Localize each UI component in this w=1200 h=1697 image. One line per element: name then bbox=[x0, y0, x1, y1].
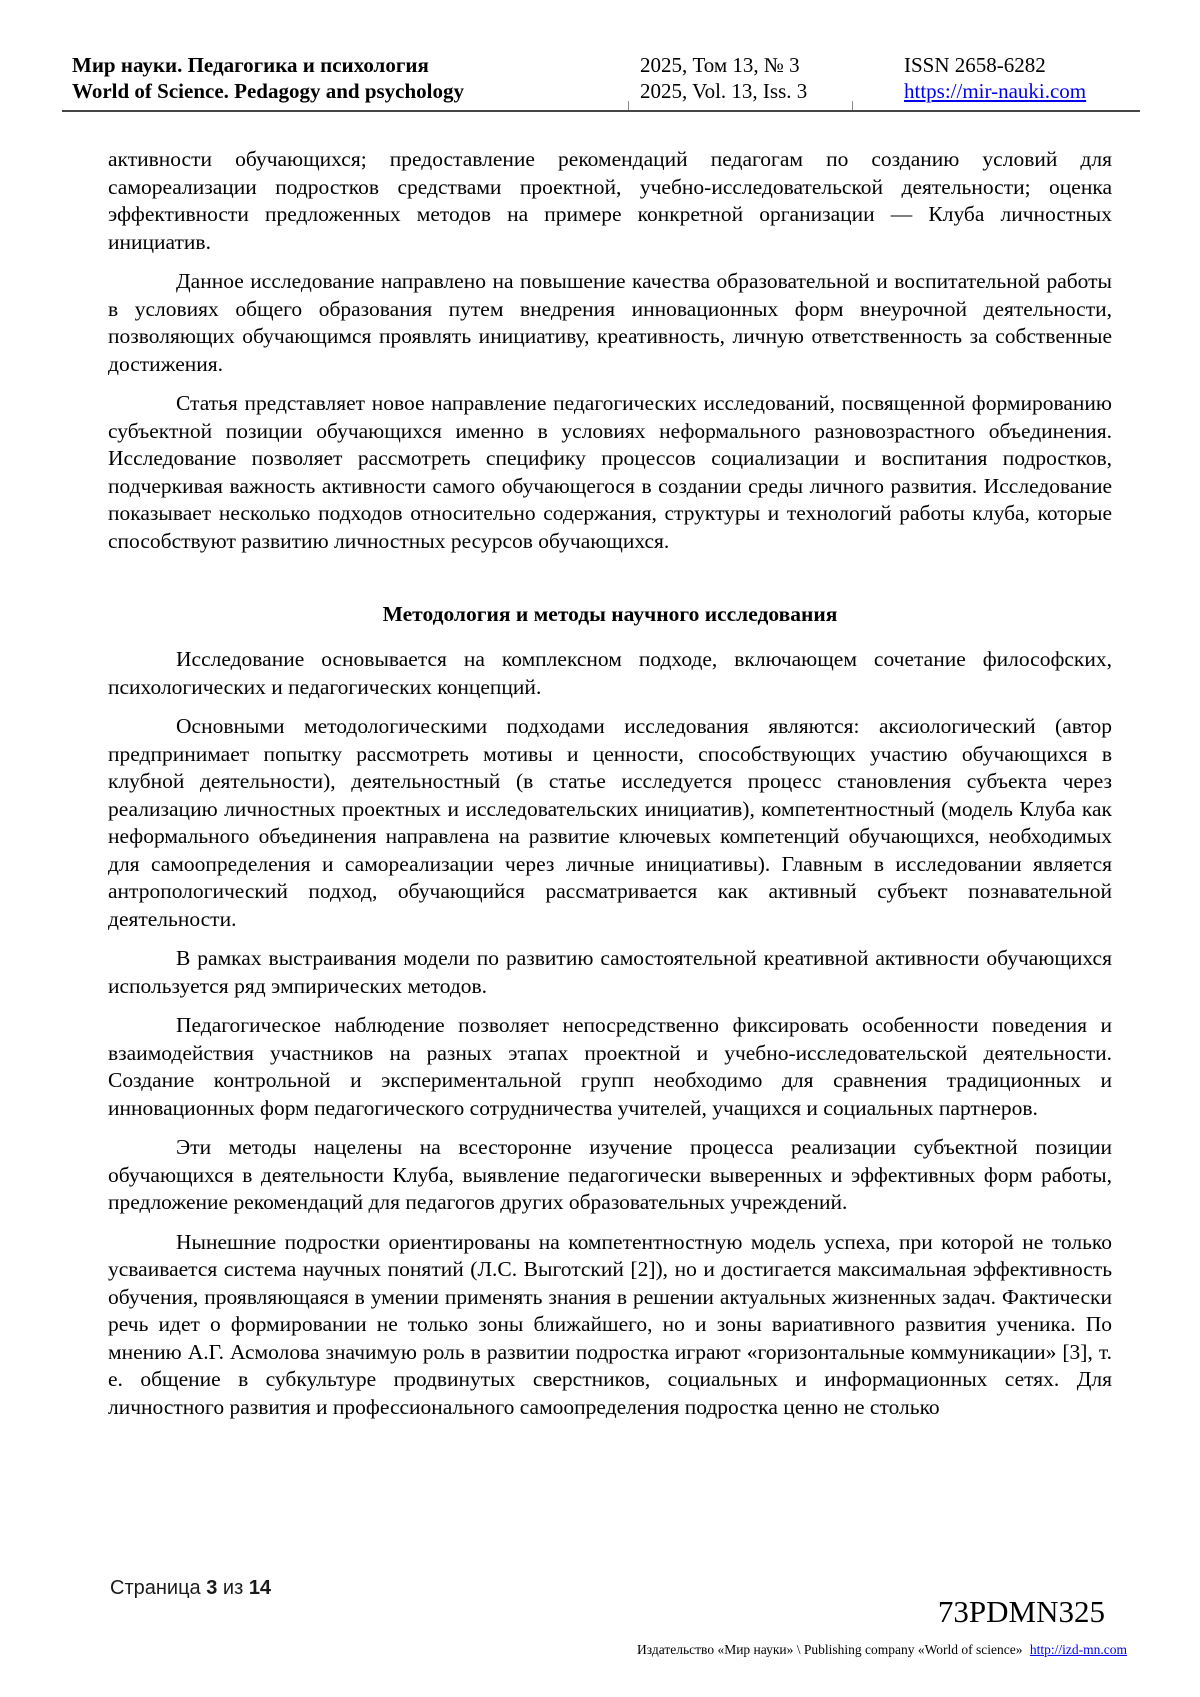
paragraph: Данное исследование направлено на повыше… bbox=[108, 268, 1112, 378]
page-total: 14 bbox=[249, 1577, 271, 1599]
issue-en: 2025, Vol. 13, Iss. 3 bbox=[640, 78, 852, 104]
paragraph: В рамках выстраивания модели по развитию… bbox=[108, 945, 1112, 1000]
journal-title-en: World of Science. Pedagogy and psycholog… bbox=[72, 78, 628, 104]
page-word: Страница bbox=[110, 1577, 201, 1599]
paragraph: активности обучающихся; предоставление р… bbox=[108, 146, 1112, 256]
page-current: 3 bbox=[206, 1577, 217, 1599]
journal-title-ru: Мир науки. Педагогика и психология bbox=[72, 52, 628, 78]
of-word: из bbox=[223, 1577, 243, 1599]
page-counter: Страница 3 из 14 bbox=[110, 1576, 271, 1600]
document-page: Мир науки. Педагогика и психология World… bbox=[0, 0, 1200, 1697]
publisher-site-link[interactable]: http://izd-mn.com bbox=[1030, 1642, 1127, 1657]
issue-info: 2025, Том 13, № 3 2025, Vol. 13, Iss. 3 bbox=[628, 52, 852, 104]
issue-ru: 2025, Том 13, № 3 bbox=[640, 52, 852, 78]
journal-header: Мир науки. Педагогика и психология World… bbox=[62, 50, 1140, 112]
paragraph: Основными методологическими подходами ис… bbox=[108, 713, 1112, 933]
paragraph: Эти методы нацелены на всесторонне изуче… bbox=[108, 1134, 1112, 1217]
paragraph: Статья представляет новое направление пе… bbox=[108, 390, 1112, 555]
article-code: 73PDMN325 bbox=[938, 1594, 1105, 1630]
journal-titles: Мир науки. Педагогика и психология World… bbox=[62, 52, 628, 104]
paragraph: Нынешние подростки ориентированы на комп… bbox=[108, 1229, 1112, 1422]
paragraph: Педагогическое наблюдение позволяет непо… bbox=[108, 1012, 1112, 1122]
article-body: активности обучающихся; предоставление р… bbox=[108, 146, 1112, 1433]
journal-site-link[interactable]: https://mir-nauki.com bbox=[904, 79, 1086, 103]
paragraph: Исследование основывается на комплексном… bbox=[108, 646, 1112, 701]
header-column-divider bbox=[628, 101, 629, 110]
publisher-line: Издательство «Мир науки» \ Publishing co… bbox=[637, 1641, 1127, 1658]
publisher-text: Издательство «Мир науки» \ Publishing co… bbox=[637, 1642, 1022, 1657]
header-column-divider bbox=[852, 101, 853, 110]
issn-block: ISSN 2658-6282 https://mir-nauki.com bbox=[852, 52, 1140, 104]
section-heading: Методология и методы научного исследован… bbox=[108, 601, 1112, 628]
issn-number: ISSN 2658-6282 bbox=[904, 52, 1140, 78]
